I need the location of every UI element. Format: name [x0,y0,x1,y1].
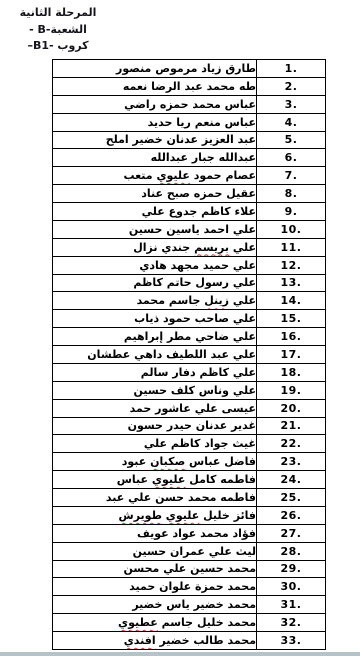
row-number: 3. [257,95,326,113]
table-row: طارق زياد مرموص منصور 1. [53,60,326,78]
table-row: فاطمه كامل عليوي عباس 24. [53,471,326,489]
row-number: 27. [257,524,326,542]
row-number: 26. [257,506,326,524]
student-name: محمد حسين علي محسن [53,560,257,578]
row-number: 18. [257,363,326,381]
row-number: 1. [257,60,326,78]
table-row: عقيل حمزه صبح عناد 8. [53,185,326,203]
table-row: علي صاحب حمود ذياب 15. [53,310,326,328]
student-name: عيسى علي عاشور حمد [53,399,257,417]
row-number: 5. [257,131,326,149]
student-name: محمد خليل جاسم عطيوي [53,614,257,632]
row-number: 13. [257,274,326,292]
document-page: المرحلة الثانية الشعبة-B - كروب -B1– طار… [0,0,360,656]
table-row: محمد حسين علي محسن 29. [53,560,326,578]
misspelled-word: عليوي [156,169,189,182]
table-row: فائز خليل عليوي طويرش 26. [53,506,326,524]
misspelled-word: عليوي [166,509,199,522]
table-row: عبد العزيز عدنان خضير املح 5. [53,131,326,149]
table-row: علي عبد اللطيف داهي عطشان 17. [53,346,326,364]
table-row: عصام حمود عليوي متعب 7. [53,167,326,185]
row-number: 33. [257,632,326,650]
student-name: عبد العزيز عدنان خضير املح [53,131,257,149]
table-row: عيسى علي عاشور حمد 20. [53,399,326,417]
table-row: علي بريسم جندي نزال 11. [53,238,326,256]
table-row: علي كاظم دفار سالم 18. [53,363,326,381]
student-name: فاطمه كامل عليوي عباس [53,471,257,489]
misspelled-word: عليوي [152,473,185,486]
row-number: 11. [257,238,326,256]
row-number: 12. [257,256,326,274]
misspelled-word: عطيوي [118,616,158,629]
table-row: فاضل عباس صكبان عبود 23. [53,453,326,471]
student-name: عباس محمد حمزه راضي [53,95,257,113]
table-row: فاطمه محمد حسن علي عبد 25. [53,489,326,507]
row-number: 16. [257,328,326,346]
student-name: علي بريسم جندي نزال [53,238,257,256]
student-name: عبدالله جبار عبدالله [53,149,257,167]
student-name: علي وناس كلف حسين [53,381,257,399]
row-number: 17. [257,346,326,364]
page-bottom-edge [0,652,360,656]
row-number: 14. [257,292,326,310]
student-name: محمد خضير ياس خضير [53,596,257,614]
student-name: محمد حمزة علوان حميد [53,578,257,596]
table-row: عبدالله جبار عبدالله 6. [53,149,326,167]
student-name: فاطمه محمد حسن علي عبد [53,489,257,507]
student-name: علاء كاظم جدوع علي [53,203,257,221]
table-row: عباس منعم ريا حديد 4. [53,113,326,131]
table-row: ليث علي عمران حسين 28. [53,542,326,560]
table-row: محمد حمزة علوان حميد 30. [53,578,326,596]
roster-table: طارق زياد مرموص منصور 1. طه محمد عبد الر… [52,59,326,650]
student-name: علي كاظم دفار سالم [53,363,257,381]
row-number: 9. [257,203,326,221]
student-name: علي رسول حاتم كاظم [53,274,257,292]
header-section-line: الشعبة-B - [6,22,110,39]
row-number: 20. [257,399,326,417]
row-number: 15. [257,310,326,328]
student-name: غيث جواد كاظم علي [53,435,257,453]
student-name: علي زينل جاسم محمد [53,292,257,310]
student-name: غدير عدنان حيدر حسون [53,417,257,435]
row-number: 32. [257,614,326,632]
row-number: 22. [257,435,326,453]
student-name: محمد طالب خضير افندي [53,632,257,650]
table-row: غيث جواد كاظم علي 22. [53,435,326,453]
student-name: طارق زياد مرموص منصور [53,60,257,78]
student-name: عصام حمود عليوي متعب [53,167,257,185]
student-name: عقيل حمزه صبح عناد [53,185,257,203]
student-name: علي صاحب حمود ذياب [53,310,257,328]
table-row: علي احمد ياسين حسين 10. [53,220,326,238]
header-stage-line: المرحلة الثانية [6,5,110,22]
header-group-line: كروب -B1– [6,38,110,55]
misspelled-word: بريسم [194,241,229,254]
student-name: علي احمد ياسين حسين [53,220,257,238]
document-header: المرحلة الثانية الشعبة-B - كروب -B1– [6,5,110,55]
misspelled-word: زينل [204,294,229,307]
table-row: فؤاد محمد عواد عويف 27. [53,524,326,542]
misspelled-word: طويرش [119,509,162,522]
table-row: علي ضاحي مطر إبراهيم 16. [53,328,326,346]
row-number: 2. [257,77,326,95]
row-number: 30. [257,578,326,596]
student-name: علي حميد مجهد هادي [53,256,257,274]
table-row: محمد طالب خضير افندي 33. [53,632,326,650]
row-number: 4. [257,113,326,131]
table-row: علي وناس كلف حسين 19. [53,381,326,399]
row-number: 10. [257,220,326,238]
table-row: علي حميد مجهد هادي 12. [53,256,326,274]
table-row: محمد خضير ياس خضير 31. [53,596,326,614]
table-row: علاء كاظم جدوع علي 9. [53,203,326,221]
table-row: علي زينل جاسم محمد 14. [53,292,326,310]
misspelled-word: افندي [124,634,156,647]
table-row: محمد خليل جاسم عطيوي 32. [53,614,326,632]
row-number: 7. [257,167,326,185]
student-name: طه محمد عبد الرضا نعمه [53,77,257,95]
student-name: فاضل عباس صكبان عبود [53,453,257,471]
table-row: عباس محمد حمزه راضي 3. [53,95,326,113]
student-name: عباس منعم ريا حديد [53,113,257,131]
table-row: علي رسول حاتم كاظم 13. [53,274,326,292]
misspelled-word: صكبان [150,455,185,468]
row-number: 8. [257,185,326,203]
table-row: طه محمد عبد الرضا نعمه 2. [53,77,326,95]
row-number: 21. [257,417,326,435]
row-number: 6. [257,149,326,167]
student-name: علي ضاحي مطر إبراهيم [53,328,257,346]
row-number: 28. [257,542,326,560]
row-number: 29. [257,560,326,578]
student-name: ليث علي عمران حسين [53,542,257,560]
row-number: 19. [257,381,326,399]
row-number: 25. [257,489,326,507]
row-number: 24. [257,471,326,489]
row-number: 31. [257,596,326,614]
student-name: علي عبد اللطيف داهي عطشان [53,346,257,364]
student-name: فؤاد محمد عواد عويف [53,524,257,542]
student-name: فائز خليل عليوي طويرش [53,506,257,524]
row-number: 23. [257,453,326,471]
table-row: غدير عدنان حيدر حسون 21. [53,417,326,435]
